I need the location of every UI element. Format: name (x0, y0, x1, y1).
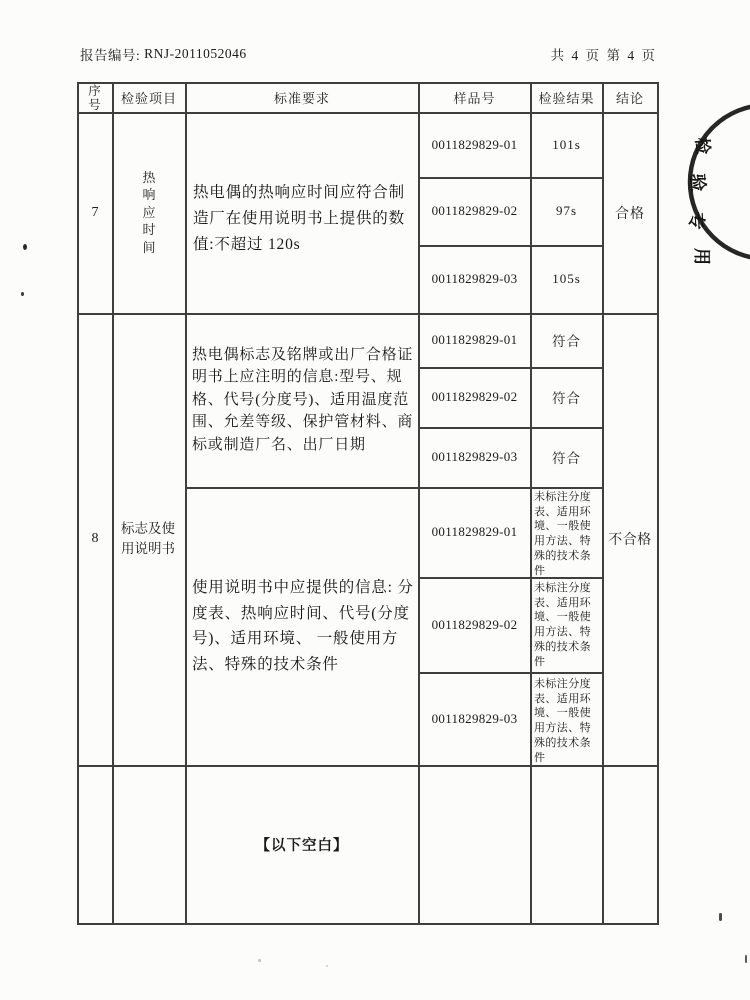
row8-s2-sample-3-id: 0011829829-03 (419, 673, 530, 764)
seal-char: 专 (686, 211, 708, 230)
report-number-label: 报告编号: (80, 44, 140, 64)
column-header-item: 检验项目 (113, 83, 185, 112)
row8-s2-sample-1-result: 未标注分度表、适用环境、一般使用方法、特殊的技术条件 (534, 490, 594, 576)
row7-item: 热响应时间 (113, 113, 185, 312)
row7-sample-3-id: 0011829829-03 (419, 246, 530, 312)
row8-s2-sample-2-result: 未标注分度表、适用环境、一般使用方法、特殊的技术条件 (534, 581, 594, 669)
row7-no: 7 (78, 113, 112, 312)
row7-sample-1-result: 101s (531, 113, 602, 176)
row8-s1-sample-2-result: 符合 (531, 368, 602, 426)
scan-speck (21, 292, 24, 296)
seal-stamp: 检 验 专 用 (668, 98, 750, 273)
row8-s1-sample-1-result: 符合 (531, 314, 602, 366)
scan-speck (326, 965, 328, 967)
row8-conclusion: 不合格 (603, 314, 657, 764)
row8-s2-sample-2-id: 0011829829-02 (419, 578, 530, 671)
row7-sample-1-id: 0011829829-01 (419, 113, 530, 176)
scan-speck (719, 913, 722, 921)
row7-sample-2-id: 0011829829-02 (419, 178, 530, 244)
row8-no: 8 (78, 314, 112, 764)
row7-sample-3-result: 105s (531, 246, 602, 312)
report-number-line: 报告编号: RNJ-2011052046 (80, 45, 340, 63)
row8-s1-sample-3-result: 符合 (531, 428, 602, 486)
seal-char: 用 (692, 248, 711, 265)
row7-requirement: 热电偶的热响应时间应符合制造厂在使用说明书上提供的数值:不超过 120s (193, 113, 415, 312)
row8-s2-sample-3-result: 未标注分度表、适用环境、一般使用方法、特殊的技术条件 (534, 677, 594, 763)
scan-speck (258, 959, 261, 962)
table-line (657, 82, 659, 925)
table-line (77, 923, 659, 925)
row8-s1-sample-3-id: 0011829829-03 (419, 428, 530, 486)
report-number-value: RNJ-2011052046 (144, 46, 247, 62)
row8-section2-requirement: 使用说明书中应提供的信息: 分度表、热响应时间、代号(分度号)、适用环境、 一般… (192, 487, 418, 765)
scan-speck (745, 955, 747, 963)
column-header-conclusion: 结论 (603, 83, 657, 112)
row8-s1-sample-1-id: 0011829829-01 (419, 314, 530, 366)
row8-section1-requirement: 热电偶标志及铭牌或出厂合格证明书上应注明的信息:型号、规格、代号(分度号)、适用… (192, 314, 416, 486)
row7-conclusion: 合格 (603, 113, 657, 312)
row7-sample-2-result: 97s (531, 178, 602, 244)
column-header-result: 检验结果 (531, 83, 602, 112)
seal-char: 检 (692, 136, 714, 156)
column-header-sample: 样品号 (419, 83, 530, 112)
blank-note: 【以下空白】 (186, 766, 418, 923)
row8-s2-sample-1-id: 0011829829-01 (419, 488, 530, 576)
pagination: 共 4 页 第 4 页 (545, 45, 657, 63)
column-header-no: 序号 (78, 83, 112, 112)
row8-s1-sample-2-id: 0011829829-02 (419, 368, 530, 426)
row8-item: 标志及使用说明书 (113, 314, 185, 764)
scanned-report-page: 报告编号: RNJ-2011052046 共 4 页 第 4 页 序号 检验项目… (0, 0, 750, 1000)
seal-char: 验 (687, 173, 709, 192)
column-header-requirement: 标准要求 (186, 83, 418, 112)
scan-speck (23, 244, 27, 250)
